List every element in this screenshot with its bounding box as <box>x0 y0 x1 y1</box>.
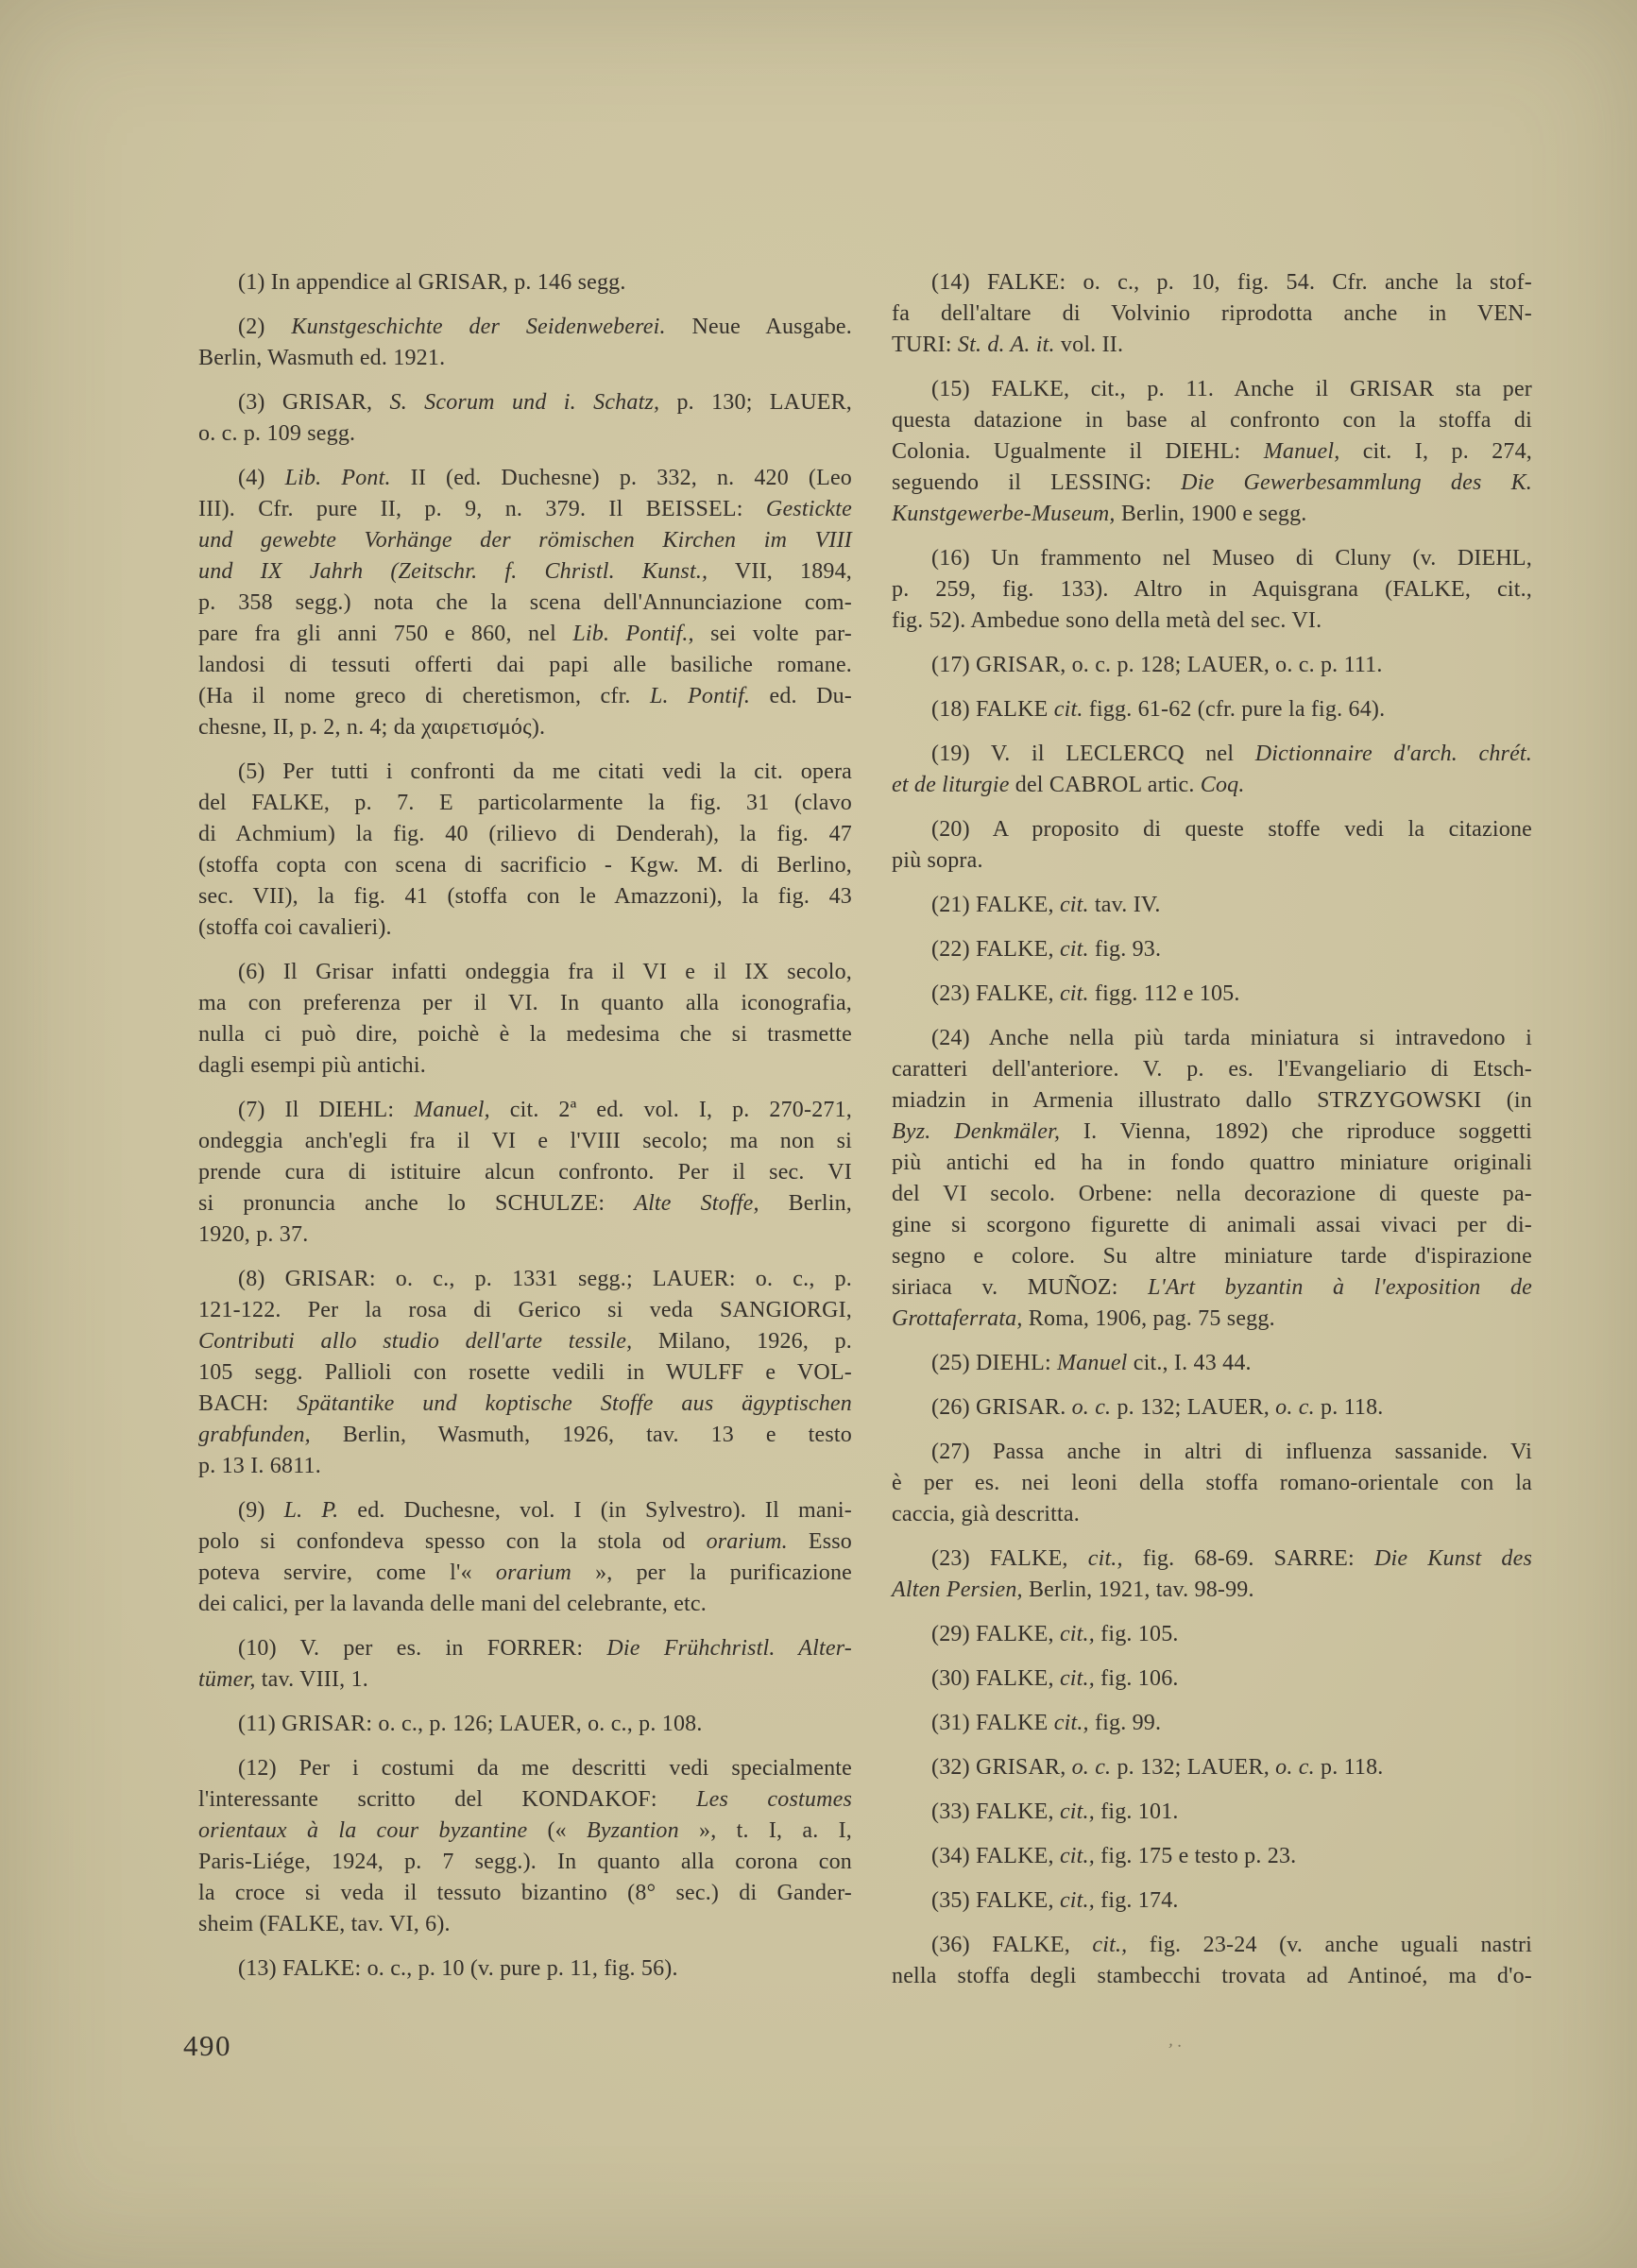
footnote-line: (24) Anche nella più tarda miniatura si … <box>892 1023 1532 1054</box>
footnote: (34) FALKE, cit., fig. 175 e testo p. 23… <box>892 1841 1532 1872</box>
footnote-line: und IX Jahrh (Zeitschr. f. Christl. Kuns… <box>198 556 852 588</box>
footnote-line: del VI secolo. Orbene: nella decorazione… <box>892 1179 1532 1210</box>
footnote-line: o. c. p. 109 segg. <box>198 418 852 450</box>
footnote-line: et de liturgie del CABROL artic. Coq. <box>892 770 1532 801</box>
footnote: (23) FALKE, cit. figg. 112 e 105. <box>892 979 1532 1010</box>
footnote: (31) FALKE cit., fig. 99. <box>892 1708 1532 1739</box>
footnote: (21) FALKE, cit. tav. IV. <box>892 890 1532 921</box>
footnote: (1) In appendice al GRISAR, p. 146 segg. <box>198 267 852 298</box>
footnote-line: (11) GRISAR: o. c., p. 126; LAUER, o. c.… <box>198 1709 852 1740</box>
footnote: (25) DIEHL: Manuel cit., I. 43 44. <box>892 1348 1532 1379</box>
footnote-line: (2) Kunstgeschichte der Seidenweberei. N… <box>198 312 852 343</box>
footnote-line: siriaca v. MUÑOZ: L'Art byzantin à l'exp… <box>892 1272 1532 1304</box>
footnote-line: (23) FALKE, cit. figg. 112 e 105. <box>892 979 1532 1010</box>
footnote-line: p. 358 segg.) nota che la scena dell'Ann… <box>198 588 852 619</box>
footnote-line: (7) Il DIEHL: Manuel, cit. 2ª ed. vol. I… <box>198 1095 852 1126</box>
footnote-line: Contributi allo studio dell'arte tessile… <box>198 1326 852 1357</box>
footnote-line: (21) FALKE, cit. tav. IV. <box>892 890 1532 921</box>
footnote-line: l'interessante scritto del KONDAKOF: Les… <box>198 1784 852 1816</box>
footnote-line: ondeggia anch'egli fra il VI e l'VIII se… <box>198 1126 852 1157</box>
footnote: (33) FALKE, cit., fig. 101. <box>892 1797 1532 1828</box>
footnote-line: 1920, p. 37. <box>198 1219 852 1251</box>
footnote-line: prende cura di istituire alcun confronto… <box>198 1157 852 1188</box>
footnote-line: orientaux à la cour byzantine (« Byzanti… <box>198 1816 852 1847</box>
footnote-line: (9) L. P. ed. Duchesne, vol. I (in Sylve… <box>198 1495 852 1526</box>
footnote-line: più antichi ed ha in fondo quattro minia… <box>892 1148 1532 1179</box>
footnote-line: polo si confondeva spesso con la stola o… <box>198 1526 852 1558</box>
footnote-line: und gewebte Vorhänge der römischen Kirch… <box>198 525 852 556</box>
footnote-line: Grottaferrata, Roma, 1906, pag. 75 segg. <box>892 1304 1532 1335</box>
footnote-line: (30) FALKE, cit., fig. 106. <box>892 1663 1532 1695</box>
footnote-line: questa datazione in base al confronto co… <box>892 405 1532 436</box>
footnote-line: (13) FALKE: o. c., p. 10 (v. pure p. 11,… <box>198 1953 852 1985</box>
footnote-line: (20) A proposito di queste stoffe vedi l… <box>892 814 1532 845</box>
footnote: (30) FALKE, cit., fig. 106. <box>892 1663 1532 1695</box>
footnote-line: poteva servire, come l'« orarium », per … <box>198 1558 852 1589</box>
footnote: (32) GRISAR, o. c. p. 132; LAUER, o. c. … <box>892 1752 1532 1783</box>
footnote: (23) FALKE, cit., fig. 68-69. SARRE: Die… <box>892 1543 1532 1606</box>
footnote: (29) FALKE, cit., fig. 105. <box>892 1619 1532 1650</box>
footnote-line: (14) FALKE: o. c., p. 10, fig. 54. Cfr. … <box>892 267 1532 298</box>
footnote-line: (3) GRISAR, S. Scorum und i. Schatz, p. … <box>198 387 852 418</box>
footnote-line: p. 13 I. 6811. <box>198 1451 852 1482</box>
footnote: (20) A proposito di queste stoffe vedi l… <box>892 814 1532 877</box>
footnote: (4) Lib. Pont. II (ed. Duchesne) p. 332,… <box>198 463 852 743</box>
footnote-line: (22) FALKE, cit. fig. 93. <box>892 934 1532 965</box>
footnote-line: (18) FALKE cit. figg. 61-62 (cfr. pure l… <box>892 694 1532 725</box>
footnote-line: pare fra gli anni 750 e 860, nel Lib. Po… <box>198 619 852 650</box>
footnote-line: p. 259, fig. 133). Altro in Aquisgrana (… <box>892 574 1532 605</box>
footnote-line: (29) FALKE, cit., fig. 105. <box>892 1619 1532 1650</box>
footnote: (3) GRISAR, S. Scorum und i. Schatz, p. … <box>198 387 852 450</box>
footnote-line: (5) Per tutti i confronti da me citati v… <box>198 757 852 788</box>
footnote-line: Colonia. Ugualmente il DIEHL: Manuel, ci… <box>892 436 1532 468</box>
footnote: (9) L. P. ed. Duchesne, vol. I (in Sylve… <box>198 1495 852 1620</box>
footnote-line: (19) V. il LECLERCQ nel Dictionnaire d'a… <box>892 739 1532 770</box>
footnote-line: ma con preferenza per il VI. In quanto a… <box>198 988 852 1019</box>
footnote-line: gine si scorgono figurette di animali as… <box>892 1210 1532 1241</box>
footnote-line: III). Cfr. pure II, p. 9, n. 379. Il BEI… <box>198 494 852 525</box>
footnote-line: (31) FALKE cit., fig. 99. <box>892 1708 1532 1739</box>
footnote-line: tümer, tav. VIII, 1. <box>198 1664 852 1696</box>
footnote-line: di Achmium) la fig. 40 (rilievo di Dende… <box>198 819 852 850</box>
footnote-line: (23) FALKE, cit., fig. 68-69. SARRE: Die… <box>892 1543 1532 1575</box>
footnote-line: (12) Per i costumi da me descritti vedi … <box>198 1753 852 1784</box>
footnote-line: fig. 52). Ambedue sono della metà del se… <box>892 605 1532 637</box>
footnote-line: (10) V. per es. in FORRER: Die Frühchris… <box>198 1633 852 1664</box>
footnote-line: (8) GRISAR: o. c., p. 1331 segg.; LAUER:… <box>198 1264 852 1295</box>
footnote-line: (26) GRISAR. o. c. p. 132; LAUER, o. c. … <box>892 1392 1532 1424</box>
footnote-line: grabfunden, Berlin, Wasmuth, 1926, tav. … <box>198 1420 852 1451</box>
footnote-line: è per es. nei leoni della stoffa romano-… <box>892 1468 1532 1499</box>
footnote-line: (35) FALKE, cit., fig. 174. <box>892 1885 1532 1917</box>
footnote-line: Paris-Liége, 1924, p. 7 segg.). In quant… <box>198 1847 852 1878</box>
footnote-line: Berlin, Wasmuth ed. 1921. <box>198 343 852 374</box>
footnote-line: caccia, già descritta. <box>892 1499 1532 1530</box>
footnote: (19) V. il LECLERCQ nel Dictionnaire d'a… <box>892 739 1532 801</box>
footnote-line: si pronuncia anche lo SCHULZE: Alte Stof… <box>198 1188 852 1219</box>
footnote-line: (33) FALKE, cit., fig. 101. <box>892 1797 1532 1828</box>
footnote-line: la croce si veda il tessuto bizantino (8… <box>198 1878 852 1909</box>
footnotes-column-right: (14) FALKE: o. c., p. 10, fig. 54. Cfr. … <box>892 267 1532 1992</box>
footnote: (2) Kunstgeschichte der Seidenweberei. N… <box>198 312 852 374</box>
footnote-line: (27) Passa anche in altri di influenza s… <box>892 1437 1532 1468</box>
footnote-line: 105 segg. Pallioli con rosette vedili in… <box>198 1357 852 1389</box>
footnote-line: del FALKE, p. 7. E particolarmente la fi… <box>198 788 852 819</box>
footnote-line: chesne, II, p. 2, n. 4; da χαιρετισμός). <box>198 712 852 743</box>
footnote-line: 121-122. Per la rosa di Gerico si veda S… <box>198 1295 852 1326</box>
footnote: (5) Per tutti i confronti da me citati v… <box>198 757 852 944</box>
footnote-line: più sopra. <box>892 845 1532 877</box>
footnote: (35) FALKE, cit., fig. 174. <box>892 1885 1532 1917</box>
footnote: (36) FALKE, cit., fig. 23-24 (v. anche u… <box>892 1930 1532 1992</box>
footnote-line: (stoffa coi cavalieri). <box>198 912 852 944</box>
footnote-line: Byz. Denkmäler, I. Vienna, 1892) che rip… <box>892 1117 1532 1148</box>
footnote-line: (34) FALKE, cit., fig. 175 e testo p. 23… <box>892 1841 1532 1872</box>
footnotes-column-left: (1) In appendice al GRISAR, p. 146 segg.… <box>198 267 852 1985</box>
footnote-line: dei calici, per la lavanda delle mani de… <box>198 1589 852 1620</box>
book-page: (1) In appendice al GRISAR, p. 146 segg.… <box>0 0 1637 2268</box>
footnote-line: (32) GRISAR, o. c. p. 132; LAUER, o. c. … <box>892 1752 1532 1783</box>
footnote-line: (6) Il Grisar infatti ondeggia fra il VI… <box>198 957 852 988</box>
footnote-line: dagli esempi più antichi. <box>198 1050 852 1082</box>
footnote: (26) GRISAR. o. c. p. 132; LAUER, o. c. … <box>892 1392 1532 1424</box>
footnote: (11) GRISAR: o. c., p. 126; LAUER, o. c.… <box>198 1709 852 1740</box>
footnote: (15) FALKE, cit., p. 11. Anche il GRISAR… <box>892 374 1532 530</box>
footnote: (7) Il DIEHL: Manuel, cit. 2ª ed. vol. I… <box>198 1095 852 1251</box>
footnote: (17) GRISAR, o. c. p. 128; LAUER, o. c. … <box>892 650 1532 681</box>
footnote-line: Alten Persien, Berlin, 1921, tav. 98-99. <box>892 1575 1532 1606</box>
footnote: (18) FALKE cit. figg. 61-62 (cfr. pure l… <box>892 694 1532 725</box>
footnote-line: (25) DIEHL: Manuel cit., I. 43 44. <box>892 1348 1532 1379</box>
footnote: (24) Anche nella più tarda miniatura si … <box>892 1023 1532 1335</box>
footnote-line: sheim (FALKE, tav. VI, 6). <box>198 1909 852 1940</box>
footnote-line: (4) Lib. Pont. II (ed. Duchesne) p. 332,… <box>198 463 852 494</box>
footnote-line: (1) In appendice al GRISAR, p. 146 segg. <box>198 267 852 298</box>
footnote: (16) Un frammento nel Museo di Cluny (v.… <box>892 543 1532 637</box>
footnote: (13) FALKE: o. c., p. 10 (v. pure p. 11,… <box>198 1953 852 1985</box>
footnote-line: (Ha il nome greco di cheretismon, cfr. L… <box>198 681 852 712</box>
scan-speck: , . <box>1168 2030 1184 2052</box>
footnote: (14) FALKE: o. c., p. 10, fig. 54. Cfr. … <box>892 267 1532 361</box>
footnote-line: segno e colore. Su altre miniature tarde… <box>892 1241 1532 1272</box>
footnote-line: seguendo il LESSING: Die Gewerbesammlung… <box>892 468 1532 499</box>
footnote-line: (stoffa copta con scena di sacrificio - … <box>198 850 852 881</box>
footnote-line: sec. VII), la fig. 41 (stoffa con le Ama… <box>198 881 852 912</box>
footnote: (8) GRISAR: o. c., p. 1331 segg.; LAUER:… <box>198 1264 852 1482</box>
footnote-line: BACH: Spätantike und koptische Stoffe au… <box>198 1389 852 1420</box>
footnote-line: nella stoffa degli stambecchi trovata ad… <box>892 1961 1532 1992</box>
footnote: (27) Passa anche in altri di influenza s… <box>892 1437 1532 1530</box>
footnote-line: TURI: St. d. A. it. vol. II. <box>892 330 1532 361</box>
footnote-line: (15) FALKE, cit., p. 11. Anche il GRISAR… <box>892 374 1532 405</box>
footnote-line: nulla ci può dire, poichè è la medesima … <box>198 1019 852 1050</box>
footnote: (22) FALKE, cit. fig. 93. <box>892 934 1532 965</box>
footnote-line: miadzin in Armenia illustrato dallo STRZ… <box>892 1085 1532 1117</box>
footnote-line: (17) GRISAR, o. c. p. 128; LAUER, o. c. … <box>892 650 1532 681</box>
footnote-line: (16) Un frammento nel Museo di Cluny (v.… <box>892 543 1532 574</box>
page-number: 490 <box>183 2029 231 2063</box>
footnote-line: caratteri dell'anteriore. V. p. es. l'Ev… <box>892 1054 1532 1085</box>
footnote-line: landosi di tessuti offerti dai papi alle… <box>198 650 852 681</box>
footnote: (12) Per i costumi da me descritti vedi … <box>198 1753 852 1940</box>
footnote-line: (36) FALKE, cit., fig. 23-24 (v. anche u… <box>892 1930 1532 1961</box>
footnote: (6) Il Grisar infatti ondeggia fra il VI… <box>198 957 852 1082</box>
footnote: (10) V. per es. in FORRER: Die Frühchris… <box>198 1633 852 1696</box>
footnote-line: fa dell'altare di Volvinio riprodotta an… <box>892 298 1532 330</box>
footnote-line: Kunstgewerbe-Museum, Berlin, 1900 e segg… <box>892 499 1532 530</box>
